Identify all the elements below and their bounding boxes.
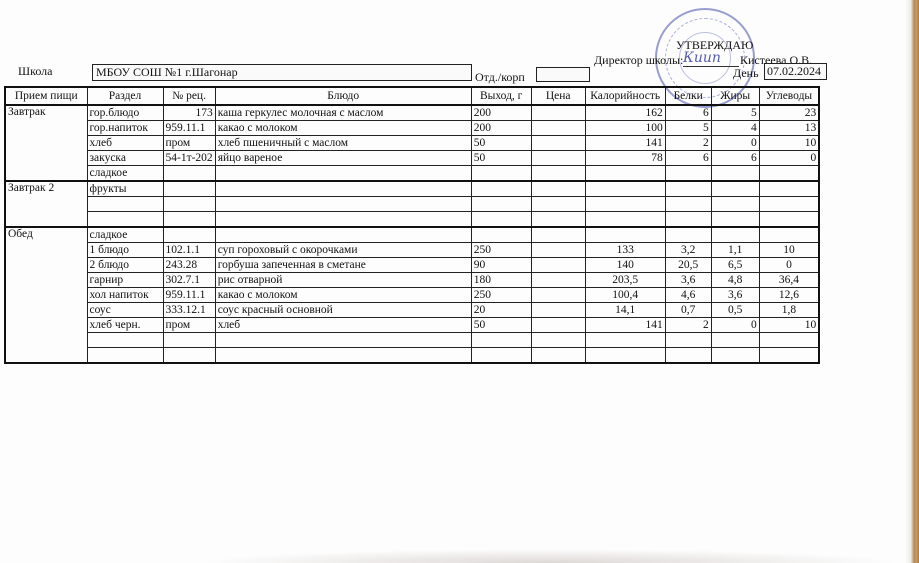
protein-cell: 3,2 [665,243,711,258]
table-row [5,333,819,348]
table-row: хол напиток959.11.1какао с молоком250100… [5,288,819,303]
kcal-cell [585,348,665,364]
page-bottom-shadow [200,549,899,563]
dish-cell: какао с молоком [215,121,471,136]
yield-cell: 250 [471,288,531,303]
price-cell [531,212,585,228]
table-row [5,212,819,228]
dish-cell: горбуша запеченная в сметане [215,258,471,273]
dish-cell [215,212,471,228]
meal-cell: Завтрак 2 [5,181,87,227]
dish-cell: каша геркулес молочная с маслом [215,105,471,121]
yield-cell: 90 [471,258,531,273]
carbs-cell: 12,6 [759,288,819,303]
col-protein: Белки [665,87,711,105]
price-cell [531,181,585,197]
yield-cell: 250 [471,243,531,258]
table-row: Завтракгор.блюдо173каша геркулес молочна… [5,105,819,121]
price-cell [531,243,585,258]
yield-cell [471,333,531,348]
recipe-cell: 333.12.1 [163,303,215,318]
kcal-cell: 141 [585,136,665,151]
fat-cell: 0 [711,318,759,333]
fat-cell: 3,6 [711,288,759,303]
signature-scribble: Кuun [683,50,721,66]
school-label: Школа [18,64,52,79]
kcal-cell: 100,4 [585,288,665,303]
dish-cell [215,197,471,212]
kcal-cell [585,181,665,197]
recipe-cell [163,166,215,182]
kcal-cell: 100 [585,121,665,136]
recipe-cell: 302.7.1 [163,273,215,288]
protein-cell: 4,6 [665,288,711,303]
recipe-cell: 959.11.1 [163,121,215,136]
carbs-cell: 0 [759,258,819,273]
table-row: Обедсладкое [5,227,819,243]
section-cell: 2 блюдо [87,258,163,273]
col-price: Цена [531,87,585,105]
table-row: 1 блюдо102.1.1суп гороховый с окорочками… [5,243,819,258]
kcal-cell [585,212,665,228]
dept-field[interactable] [536,67,590,82]
section-cell: закуска [87,151,163,166]
table-row: соус333.12.1соус красный основной2014,10… [5,303,819,318]
protein-cell: 2 [665,318,711,333]
kcal-cell [585,197,665,212]
dish-cell: суп гороховый с окорочками [215,243,471,258]
protein-cell [665,212,711,228]
price-cell [531,258,585,273]
meal-cell: Завтрак [5,105,87,181]
table-header-row: Прием пищи Раздел № рец. Блюдо Выход, г … [5,87,819,105]
menu-table: Прием пищи Раздел № рец. Блюдо Выход, г … [4,86,820,364]
fat-cell: 4,8 [711,273,759,288]
price-cell [531,166,585,182]
yield-cell [471,197,531,212]
recipe-cell [163,333,215,348]
menu-table-body: Завтракгор.блюдо173каша геркулес молочна… [5,105,819,363]
section-cell: хлеб черн. [87,318,163,333]
protein-cell: 2 [665,136,711,151]
protein-cell [665,333,711,348]
fat-cell: 1,1 [711,243,759,258]
recipe-cell [163,348,215,364]
section-cell: хлеб [87,136,163,151]
price-cell [531,121,585,136]
yield-cell [471,181,531,197]
section-cell: гор.блюдо [87,105,163,121]
yield-cell [471,166,531,182]
carbs-cell [759,181,819,197]
section-cell [87,212,163,228]
section-cell: гарнир [87,273,163,288]
yield-cell: 200 [471,105,531,121]
recipe-cell: 54-1т-202 [163,151,215,166]
yield-cell: 50 [471,318,531,333]
recipe-cell: 959.11.1 [163,288,215,303]
scanned-menu-page: УТВЕРЖДАЮ Директор школы: Кuun Кистеева … [0,0,919,563]
col-recipe: № рец. [163,87,215,105]
recipe-cell: 243.28 [163,258,215,273]
table-row: гор.напиток959.11.1какао с молоком200100… [5,121,819,136]
fat-cell: 6,5 [711,258,759,273]
section-cell: соус [87,303,163,318]
protein-cell [665,181,711,197]
page-edge-shadow [905,0,911,563]
dept-label: Отд./корп [475,70,525,85]
carbs-cell: 23 [759,105,819,121]
carbs-cell: 0 [759,151,819,166]
carbs-cell: 10 [759,243,819,258]
yield-cell: 50 [471,136,531,151]
price-cell [531,273,585,288]
fat-cell: 0,5 [711,303,759,318]
table-row: Завтрак 2фрукты [5,181,819,197]
protein-cell [665,227,711,243]
recipe-cell: пром [163,318,215,333]
kcal-cell: 203,5 [585,273,665,288]
dish-cell: рис отварной [215,273,471,288]
fat-cell [711,333,759,348]
kcal-cell: 141 [585,318,665,333]
meal-cell: Обед [5,227,87,363]
dish-cell [215,348,471,364]
yield-cell: 200 [471,121,531,136]
fat-cell [711,197,759,212]
price-cell [531,348,585,364]
price-cell [531,303,585,318]
kcal-cell: 14,1 [585,303,665,318]
carbs-cell: 36,4 [759,273,819,288]
kcal-cell: 133 [585,243,665,258]
school-field[interactable]: МБОУ СОШ №1 г.Шагонар [92,64,472,81]
yield-cell [471,227,531,243]
dish-cell [215,166,471,182]
kcal-cell [585,166,665,182]
carbs-cell: 10 [759,136,819,151]
carbs-cell [759,166,819,182]
table-row: хлеб черн.промхлеб501412010 [5,318,819,333]
table-row: 2 блюдо243.28горбуша запеченная в сметан… [5,258,819,273]
dish-cell: какао с молоком [215,288,471,303]
table-row: хлебпромхлеб пшеничный с маслом501412010 [5,136,819,151]
table-row: сладкое [5,166,819,182]
protein-cell [665,166,711,182]
carbs-cell [759,212,819,228]
carbs-cell: 10 [759,318,819,333]
fat-cell: 6 [711,151,759,166]
kcal-cell: 140 [585,258,665,273]
carbs-cell: 1,8 [759,303,819,318]
fat-cell: 5 [711,105,759,121]
section-cell [87,333,163,348]
table-row: гарнир302.7.1рис отварной180203,53,64,83… [5,273,819,288]
dish-cell: хлеб пшеничный с маслом [215,136,471,151]
recipe-cell: 173 [163,105,215,121]
price-cell [531,288,585,303]
recipe-cell [163,181,215,197]
col-yield: Выход, г [471,87,531,105]
fat-cell [711,166,759,182]
col-carbs: Углеводы [759,87,819,105]
col-fat: Жиры [711,87,759,105]
protein-cell: 6 [665,105,711,121]
fat-cell: 4 [711,121,759,136]
col-kcal: Калорийность [585,87,665,105]
section-cell: сладкое [87,166,163,182]
section-cell: хол напиток [87,288,163,303]
yield-cell [471,348,531,364]
protein-cell: 0,7 [665,303,711,318]
yield-cell: 20 [471,303,531,318]
dish-cell [215,227,471,243]
day-field[interactable]: 07.02.2024 [764,63,827,80]
director-label: Директор школы: [594,53,683,68]
section-cell: гор.напиток [87,121,163,136]
price-cell [531,151,585,166]
col-meal: Прием пищи [5,87,87,105]
col-section: Раздел [87,87,163,105]
price-cell [531,105,585,121]
protein-cell [665,348,711,364]
col-dish: Блюдо [215,87,471,105]
kcal-cell [585,333,665,348]
recipe-cell: пром [163,136,215,151]
fat-cell [711,181,759,197]
section-cell: 1 блюдо [87,243,163,258]
price-cell [531,136,585,151]
fat-cell: 0 [711,136,759,151]
protein-cell [665,197,711,212]
fat-cell [711,227,759,243]
protein-cell: 3,6 [665,273,711,288]
fat-cell [711,212,759,228]
table-row: закуска54-1т-202яйцо вареное5078660 [5,151,819,166]
dish-cell [215,333,471,348]
kcal-cell: 78 [585,151,665,166]
fat-cell [711,348,759,364]
carbs-cell [759,197,819,212]
kcal-cell: 162 [585,105,665,121]
recipe-cell [163,212,215,228]
price-cell [531,227,585,243]
price-cell [531,333,585,348]
price-cell [531,197,585,212]
recipe-cell: 102.1.1 [163,243,215,258]
dish-cell [215,181,471,197]
protein-cell: 5 [665,121,711,136]
kcal-cell [585,227,665,243]
dish-cell: хлеб [215,318,471,333]
director-signature: Кuun [683,50,739,67]
yield-cell [471,212,531,228]
carbs-cell [759,348,819,364]
yield-cell: 180 [471,273,531,288]
carbs-cell [759,333,819,348]
protein-cell: 20,5 [665,258,711,273]
table-row [5,197,819,212]
wooden-table-edge [911,0,919,563]
recipe-cell [163,197,215,212]
dish-cell: яйцо вареное [215,151,471,166]
carbs-cell: 13 [759,121,819,136]
protein-cell: 6 [665,151,711,166]
day-label: День [733,66,759,81]
section-cell [87,197,163,212]
price-cell [531,318,585,333]
section-cell: сладкое [87,227,163,243]
carbs-cell [759,227,819,243]
section-cell: фрукты [87,181,163,197]
recipe-cell [163,227,215,243]
yield-cell: 50 [471,151,531,166]
section-cell [87,348,163,364]
table-row [5,348,819,364]
dish-cell: соус красный основной [215,303,471,318]
